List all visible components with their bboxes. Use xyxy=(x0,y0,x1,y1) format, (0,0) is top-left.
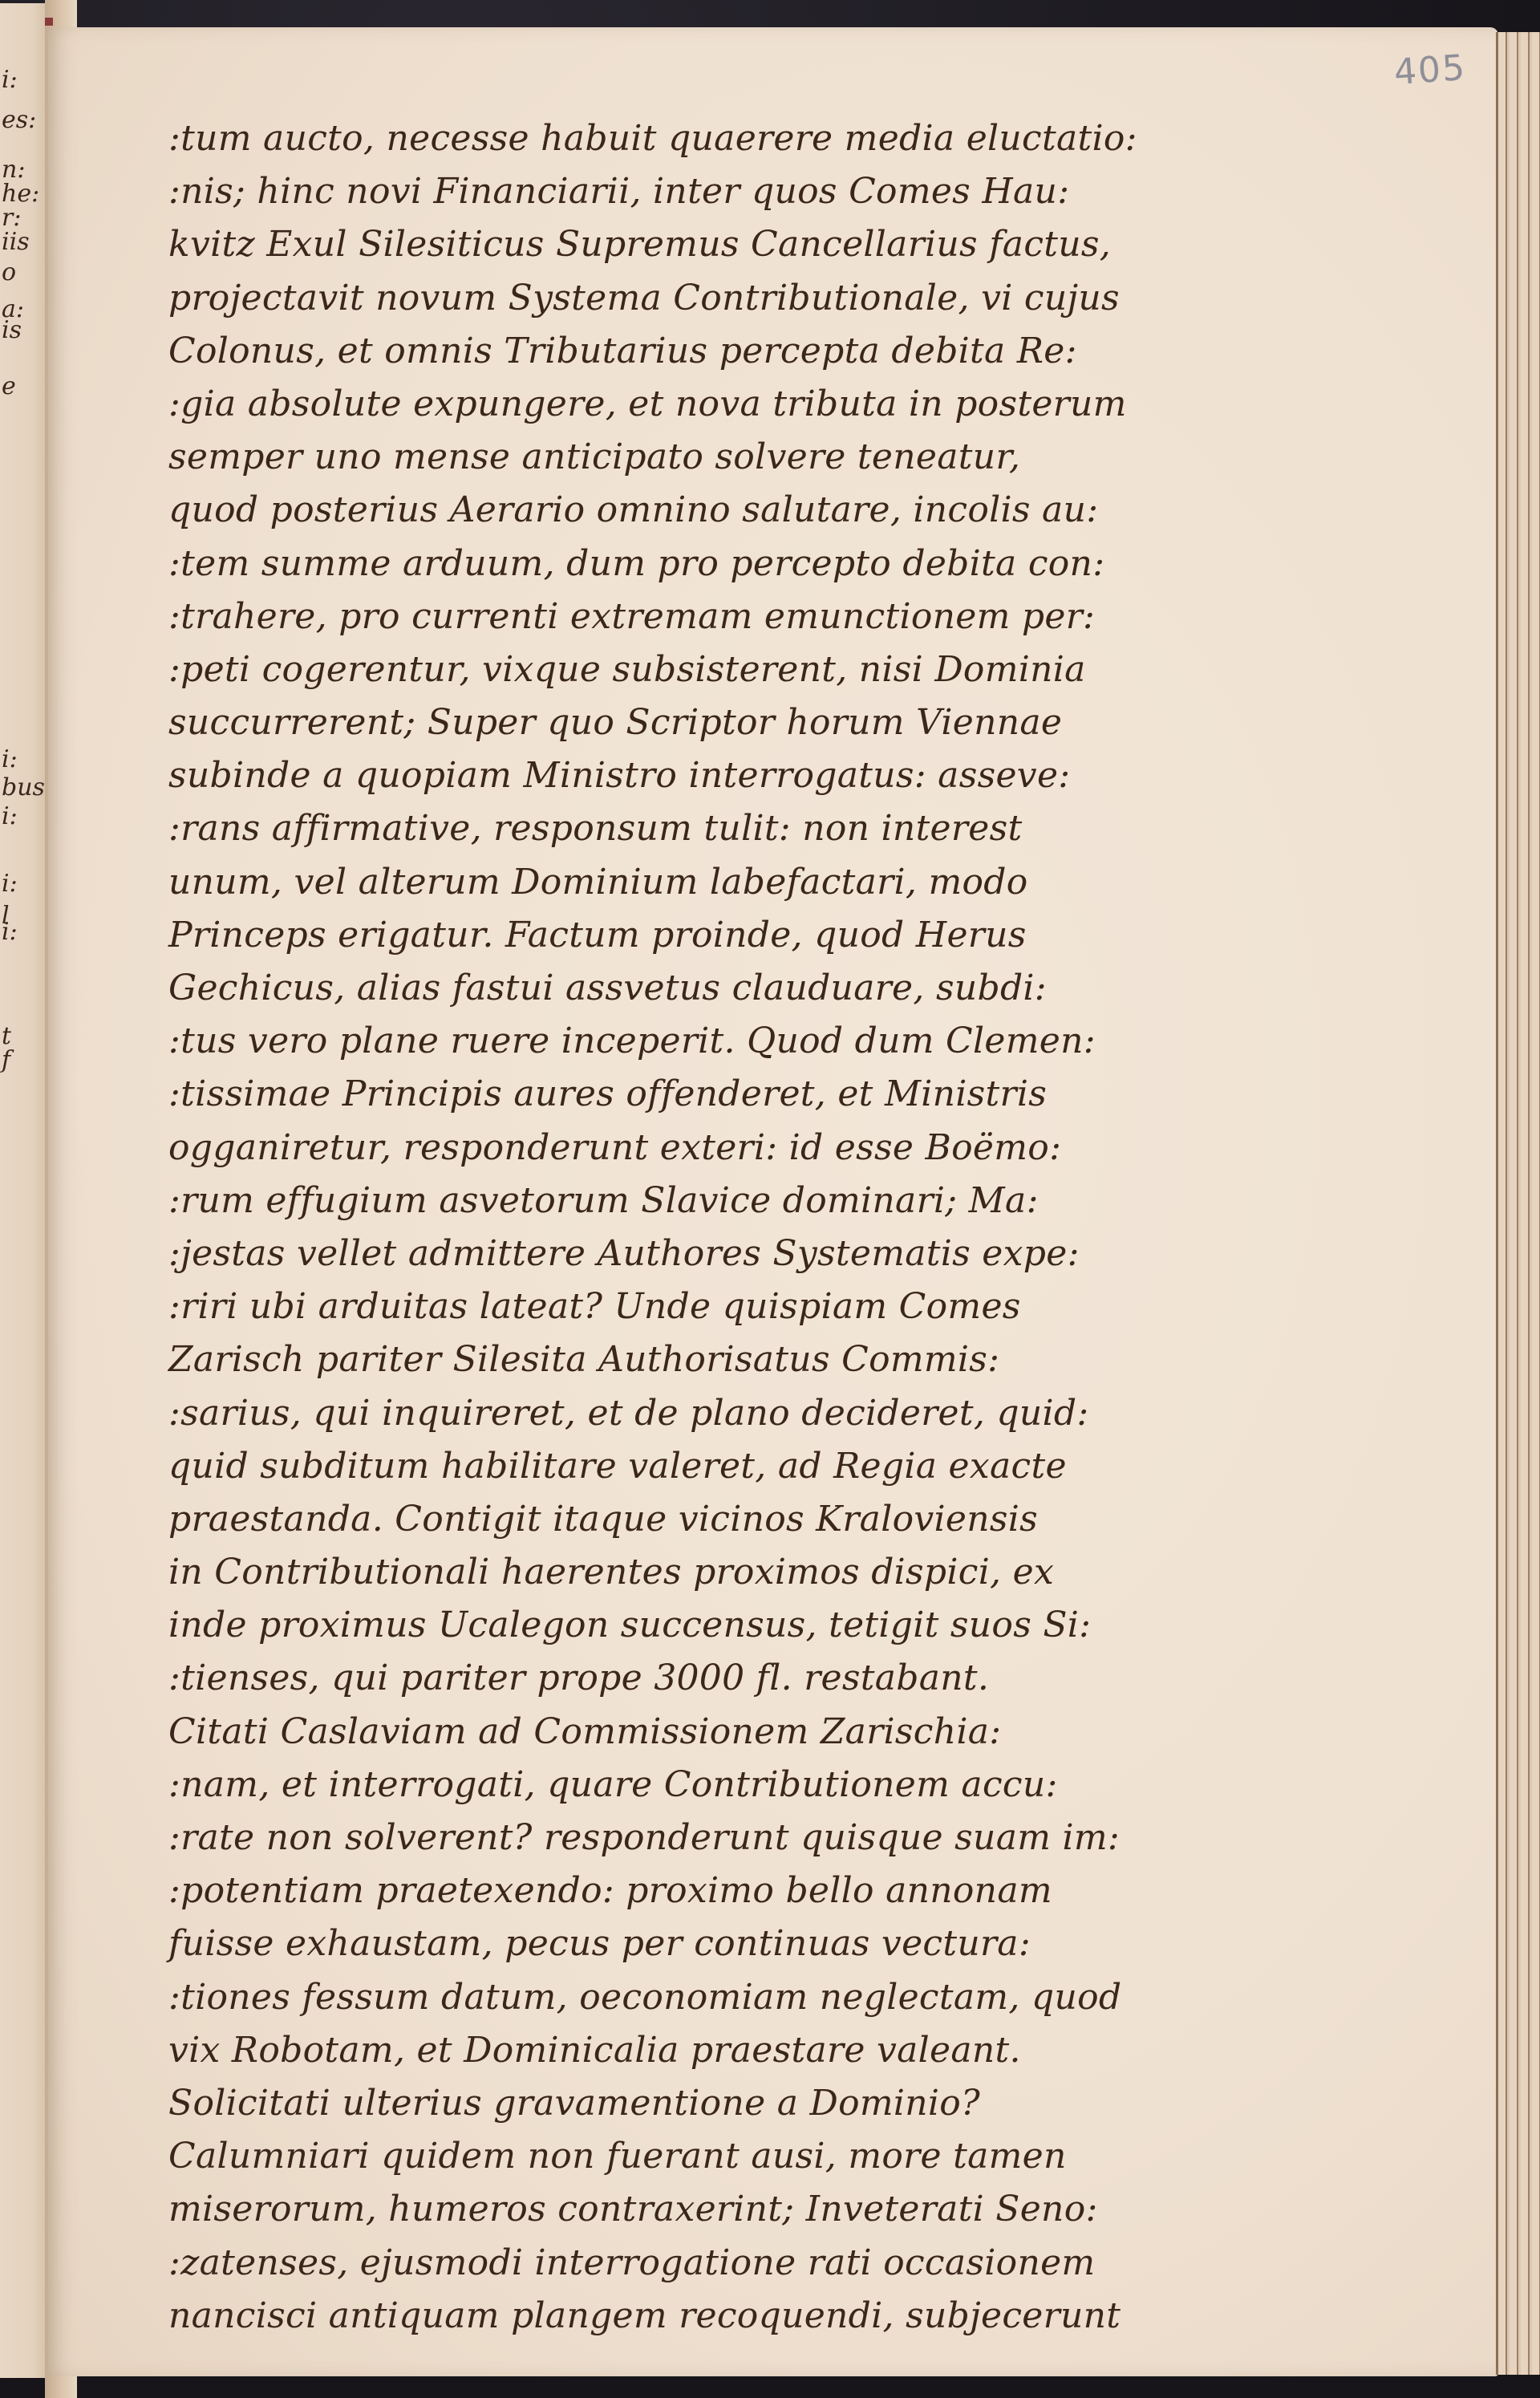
manuscript-line: :rum effugium asvetorum Slavice dominari… xyxy=(168,1175,1364,1227)
facing-page-text-fragment: o xyxy=(2,258,16,286)
manuscript-line: ogganiretur, responderunt exteri: id ess… xyxy=(168,1122,1364,1175)
manuscript-line: vix Robotam, et Dominicalia praestare va… xyxy=(168,2024,1364,2077)
manuscript-line: kvitz Exul Silesiticus Supremus Cancella… xyxy=(168,218,1364,271)
manuscript-line: semper uno mense anticipato solvere tene… xyxy=(168,431,1364,484)
facing-page-text-fragment: i: xyxy=(2,918,18,946)
manuscript-line: praestanda. Contigit itaque vicinos Kral… xyxy=(168,1493,1364,1546)
manuscript-line: :gia absolute expungere, et nova tributa… xyxy=(168,378,1364,431)
manuscript-line: :peti cogerentur, vixque subsisterent, n… xyxy=(168,643,1364,696)
manuscript-line: :potentiam praetexendo: proximo bello an… xyxy=(168,1864,1364,1917)
page-stack-edge xyxy=(1496,32,1540,2375)
facing-page-text-fragment: es: xyxy=(2,106,36,134)
facing-page-text-fragment: i: xyxy=(2,745,18,773)
manuscript-line: :rate non solverent? responderunt quisqu… xyxy=(168,1812,1364,1864)
manuscript-line: :rans affirmative, responsum tulit: non … xyxy=(168,802,1364,855)
manuscript-line: :tus vero plane ruere inceperit. Quod du… xyxy=(168,1015,1364,1068)
manuscript-line: :tienses, qui pariter prope 3000 fl. res… xyxy=(168,1652,1364,1705)
manuscript-line: :jestas vellet admittere Authores System… xyxy=(168,1227,1364,1280)
manuscript-line: in Contributionali haerentes proximos di… xyxy=(168,1546,1364,1599)
facing-page-text-fragment: i: xyxy=(2,870,18,898)
manuscript-line: Colonus, et omnis Tributarius percepta d… xyxy=(168,325,1364,378)
manuscript-line: :riri ubi arduitas lateat? Unde quispiam… xyxy=(168,1280,1364,1333)
manuscript-line: :tum aucto, necesse habuit quaerere medi… xyxy=(168,112,1364,165)
manuscript-line: projectavit novum Systema Contributional… xyxy=(168,272,1364,325)
binding-edge xyxy=(45,18,53,26)
manuscript-line: Citati Caslaviam ad Commissionem Zarisch… xyxy=(168,1706,1364,1759)
manuscript-line: nancisci antiquam plangem recoquendi, su… xyxy=(168,2290,1364,2343)
manuscript-line: quod posterius Aerario omnino salutare, … xyxy=(168,484,1364,537)
folio-number: 405 xyxy=(1392,47,1467,93)
manuscript-line: :tem summe arduum, dum pro percepto debi… xyxy=(168,538,1364,590)
manuscript-line: Calumniari quidem non fuerant ausi, more… xyxy=(168,2130,1364,2183)
facing-page-text-fragment: iis xyxy=(2,228,30,256)
manuscript-line: miserorum, humeros contraxerint; Inveter… xyxy=(168,2183,1364,2236)
manuscript-line: fuisse exhaustam, pecus per continuas ve… xyxy=(168,1917,1364,1970)
manuscript-line: :nam, et interrogati, quare Contribution… xyxy=(168,1759,1364,1812)
manuscript-line: Solicitati ulterius gravamentione a Domi… xyxy=(168,2077,1364,2130)
manuscript-line: inde proximus Ucalegon succensus, tetigi… xyxy=(168,1599,1364,1652)
manuscript-line: succurrerent; Super quo Scriptor horum V… xyxy=(168,696,1364,749)
manuscript-text-block: :tum aucto, necesse habuit quaerere medi… xyxy=(168,112,1364,2343)
manuscript-line: :sarius, qui inquireret, et de plano dec… xyxy=(168,1387,1364,1440)
manuscript-line: :tiones fessum datum, oeconomiam neglect… xyxy=(168,1971,1364,2024)
facing-page-text-fragment: f xyxy=(2,1046,10,1074)
manuscript-line: subinde a quopiam Ministro interrogatus:… xyxy=(168,749,1364,802)
manuscript-line: :tissimae Principis aures offenderet, et… xyxy=(168,1068,1364,1121)
facing-page-text-fragment: i: xyxy=(2,802,18,830)
facing-page-fragment: i:es:n:he:r:iisoa:isei:bus,i:i:li:tf xyxy=(0,3,47,2378)
manuscript-line: :trahere, pro currenti extremam emunctio… xyxy=(168,590,1364,643)
manuscript-line: :zatenses, ejusmodi interrogatione rati … xyxy=(168,2237,1364,2290)
manuscript-line: Gechicus, alias fastui assvetus clauduar… xyxy=(168,962,1364,1015)
manuscript-line: unum, vel alterum Dominium labefactari, … xyxy=(168,856,1364,909)
facing-page-text-fragment: bus, xyxy=(2,773,47,801)
facing-page-text-fragment: is xyxy=(2,316,22,344)
manuscript-line: Princeps erigatur. Factum proinde, quod … xyxy=(168,909,1364,962)
facing-page-text-fragment: i: xyxy=(2,66,18,94)
manuscript-line: :nis; hinc novi Financiarii, inter quos … xyxy=(168,165,1364,218)
manuscript-line: quid subditum habilitare valeret, ad Reg… xyxy=(168,1440,1364,1493)
manuscript-line: Zarisch pariter Silesita Authorisatus Co… xyxy=(168,1333,1364,1386)
facing-page-text-fragment: e xyxy=(2,372,16,400)
